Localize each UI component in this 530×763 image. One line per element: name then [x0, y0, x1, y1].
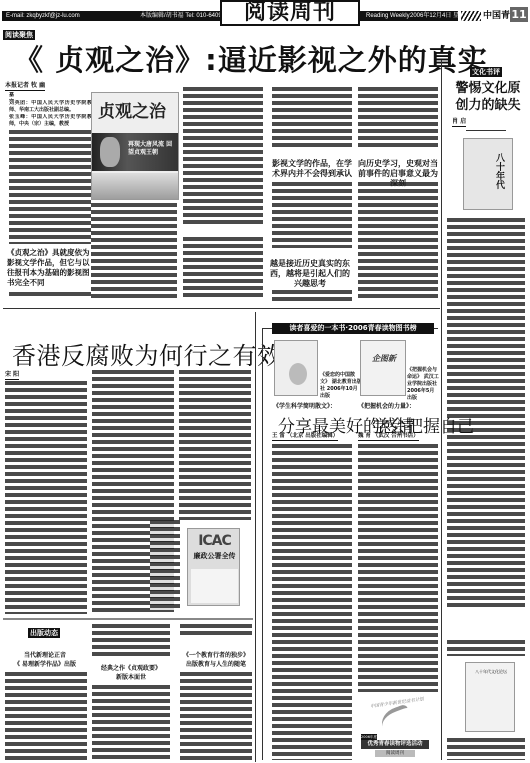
- page-number: 11: [510, 7, 528, 22]
- book-cover-subtitle: 再现大唐风流 回望贞观王朝: [128, 141, 178, 157]
- right-column-divider: [441, 60, 442, 760]
- hk-headline: 香港反腐败为何行之有效: [12, 336, 282, 371]
- right-byline-rule: [466, 130, 506, 131]
- masthead-email: E-mail: zkqbyzkf@jz-lu.com: [6, 11, 80, 21]
- article-body-col3: [183, 87, 263, 225]
- book-cover-photo: 再现大唐风流 回望贞观王朝: [92, 133, 179, 171]
- book1-caption: 《爱恋的中国散文》 湖北教育出版社 2006年10月出版: [320, 372, 362, 400]
- book-news-item1-title: 当代新理论正音: [3, 652, 87, 660]
- center-divider: [255, 312, 256, 762]
- stamp-footer: 阅读周刊: [375, 750, 415, 757]
- section-title: 阅读周刊: [220, 0, 360, 26]
- right-column-tag: 文化书评: [470, 67, 502, 77]
- book1-review-body: [272, 444, 352, 760]
- reading-plan-stamp: 中国青少年新世纪读书计划 2006年度 优秀青春读物评选活动 阅读周刊: [355, 700, 437, 760]
- book-cover-80s-title: 八十年代: [493, 153, 506, 189]
- book-news-item2-title: 经典之作《贞观政要》: [92, 665, 170, 673]
- book2-cover-title: 企图新: [363, 353, 405, 364]
- article-body-col2: [91, 203, 177, 298]
- right-column-body-bottom-a: [447, 640, 525, 656]
- book-news-item2-body: [92, 685, 170, 760]
- article-body-col3b: [183, 237, 263, 299]
- article-body-col5b: [358, 182, 438, 300]
- book2-review-byline: 魏 育 （武汉 合州书店）: [358, 432, 419, 441]
- masthead-hatch-decoration: [461, 11, 481, 21]
- portrait-figure: [100, 137, 120, 167]
- book-cover-icac: ICAC 廉政公署全传: [187, 528, 240, 606]
- pullquote-1: 《贞观之治》具就度依为影视文学作品，但它与以往报刊本为基础的影视图书完全不同: [7, 248, 93, 290]
- recommend-banner: 读者喜爱的一本书·2006青春读物图书榜: [272, 323, 434, 334]
- book-news-item1-sub: 《 易理新学作品》出版: [3, 661, 87, 669]
- book2-cover: 企图新: [360, 340, 406, 396]
- book2-review-body: [358, 444, 438, 692]
- book2-series: 《把握机会的力量》：: [358, 403, 438, 410]
- book-news-item3-title: 《一个教育行者的独步》: [178, 652, 254, 660]
- article-body-col4: [272, 87, 352, 149]
- book-cover-title: 贞观之治: [98, 97, 166, 122]
- subhead-1: 影视文学的作品，在学术界内并不会得到承认: [272, 158, 352, 180]
- hk-body-col3b: [150, 520, 180, 610]
- right-column-byline: 肖 启: [452, 118, 466, 127]
- guests-label: 嘉宾：: [9, 92, 21, 100]
- hk-continued-b: [180, 624, 252, 638]
- divider-hk: [3, 618, 253, 620]
- hk-body-col1: [5, 381, 87, 614]
- guest-1: 刘英团：中国人民大学历史学院教师、华南工大出版社副总编。: [9, 100, 92, 114]
- stamp-swoosh-icon: [378, 704, 414, 737]
- book-cover-80s-forum-title: 八十年代文化论坛: [468, 669, 514, 675]
- book2-caption: 《把握机会与命运》 武汉工业学院出版社 2006年5月出版: [407, 367, 439, 402]
- subhead-2: 向历史学习，史观对当前事件的启事意义最为深刻: [358, 158, 438, 180]
- right-column-headline: 警惕文化原创力的缺失: [450, 80, 526, 114]
- article-body-col4b: [272, 182, 352, 248]
- book-cover-80s: 八十年代: [463, 138, 513, 210]
- book-news-item3-body: [180, 672, 252, 760]
- article-body-col5: [358, 87, 438, 149]
- book1-cover-figure: [289, 363, 307, 385]
- guest-2: 张玉峰：中国人民大学历史学院教师，中央（宗）主编，教授: [9, 114, 92, 128]
- book-cover-zhenguan: 贞观之治 再现大唐风流 回望贞观王朝: [91, 92, 179, 200]
- book-cover-80s-forum: 八十年代文化论坛: [465, 662, 515, 732]
- hk-body-col3: [179, 370, 251, 520]
- icac-title: ICAC: [188, 533, 240, 549]
- hk-continued: [92, 624, 170, 656]
- book1-series: 《学生科学简明散文》：: [273, 403, 353, 410]
- divider-main: [3, 308, 440, 309]
- book1-review-byline: 王 雷 （北京 出版社编辑）: [272, 432, 338, 441]
- book-news-item1-body: [5, 672, 87, 760]
- masthead-english-title: Reading Weekly: [366, 11, 410, 21]
- stamp-subtitle: 优秀青春读物评选活动: [361, 740, 429, 749]
- main-byline: 本报记者 牧 幽: [5, 82, 45, 91]
- right-column-body-bottom-c: [447, 738, 525, 760]
- icac-subtitle: 廉政公署全传: [188, 551, 240, 561]
- article-body-col4c: [272, 290, 352, 302]
- main-headline: 《 贞观之治》:逼近影视之外的真实: [14, 38, 488, 79]
- hk-byline: 宋 阳: [5, 371, 19, 380]
- book-news-tag: 出版动态: [28, 628, 60, 638]
- book-news-item2-sub: 新版本面世: [92, 674, 170, 682]
- article-body-col1-end: [9, 292, 91, 299]
- book-news-item3-sub: 出版教育与人生的随笔: [178, 661, 254, 669]
- pullquote-2: 越是接近历史真实的东西，越将是引起人们的兴趣思考: [270, 258, 350, 288]
- book1-cover: [274, 340, 318, 396]
- article-body-col1: [9, 130, 91, 244]
- icac-cover-panel: [191, 569, 238, 603]
- book-cover-landscape: [92, 173, 179, 200]
